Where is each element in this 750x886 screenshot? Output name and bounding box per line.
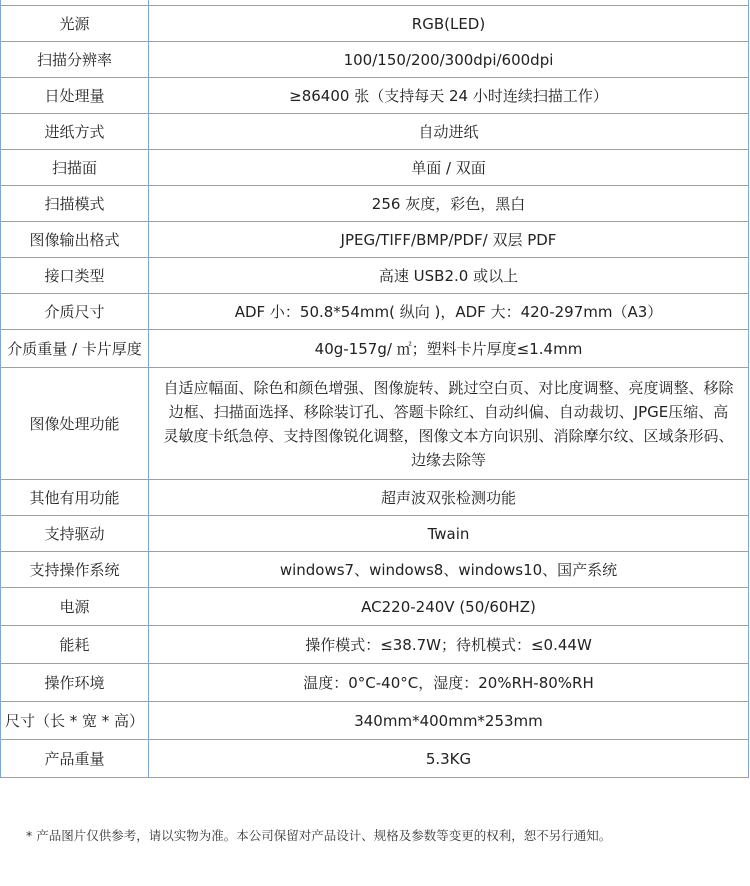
disclaimer-note: * 产品图片仅供参考，请以实物为准。本公司保留对产品设计、规格及参数等变更的权利…: [26, 826, 611, 844]
row-value: windows7、windows8、windows10、国产系统: [149, 552, 749, 588]
row-label: 产品重量: [1, 740, 149, 778]
row-value: 340mm*400mm*253mm: [149, 702, 749, 740]
row-value: 5.3KG: [149, 740, 749, 778]
row-label: 扫描面: [1, 150, 149, 186]
row-value: ≥86400 张（支持每天 24 小时连续扫描工作）: [149, 78, 749, 114]
row-label: 接口类型: [1, 258, 149, 294]
table-row-power: 电源 AC220-240V (50/60HZ): [1, 588, 749, 626]
table-row-os: 支持操作系统 windows7、windows8、windows10、国产系统: [1, 552, 749, 588]
table-row-image-processing: 图像处理功能 自适应幅面、除色和颜色增强、图像旋转、跳过空白页、对比度调整、亮度…: [1, 368, 749, 480]
table-row-scan-side: 扫描面 单面 / 双面: [1, 150, 749, 186]
row-label: 扫描模式: [1, 186, 149, 222]
row-label: 光源: [1, 6, 149, 42]
row-value: RGB(LED): [149, 6, 749, 42]
row-label: 介质尺寸: [1, 294, 149, 330]
row-value: AC220-240V (50/60HZ): [149, 588, 749, 626]
table-row-other-features: 其他有用功能 超声波双张检测功能: [1, 480, 749, 516]
table-row-output-format: 图像输出格式 JPEG/TIFF/BMP/PDF/ 双层 PDF: [1, 222, 749, 258]
row-value: 高速 USB2.0 或以上: [149, 258, 749, 294]
table-row-driver: 支持驱动 Twain: [1, 516, 749, 552]
table-row-media-size: 介质尺寸 ADF 小：50.8*54mm( 纵向 )，ADF 大：420-297…: [1, 294, 749, 330]
row-label: 能耗: [1, 626, 149, 664]
row-value: 单面 / 双面: [149, 150, 749, 186]
row-label: 介质重量 / 卡片厚度: [1, 330, 149, 368]
row-value: ADF 小：50.8*54mm( 纵向 )，ADF 大：420-297mm（A3…: [149, 294, 749, 330]
row-label: 进纸方式: [1, 114, 149, 150]
row-label: 支持操作系统: [1, 552, 149, 588]
row-value: 温度：0°C-40°C，湿度：20%RH-80%RH: [149, 664, 749, 702]
table-row-resolution: 扫描分辨率 100/150/200/300dpi/600dpi: [1, 42, 749, 78]
row-value: 自适应幅面、除色和颜色增强、图像旋转、跳过空白页、对比度调整、亮度调整、移除边框…: [149, 368, 749, 480]
table-row-weight: 产品重量 5.3KG: [1, 740, 749, 778]
table-row-interface: 接口类型 高速 USB2.0 或以上: [1, 258, 749, 294]
row-label: 日处理量: [1, 78, 149, 114]
row-label: 操作环境: [1, 664, 149, 702]
row-value: 自动进纸: [149, 114, 749, 150]
row-label: 扫描分辨率: [1, 42, 149, 78]
row-value: Twain: [149, 516, 749, 552]
row-label: 电源: [1, 588, 149, 626]
table-row-environment: 操作环境 温度：0°C-40°C，湿度：20%RH-80%RH: [1, 664, 749, 702]
row-value: 操作模式：≤38.7W；待机模式：≤0.44W: [149, 626, 749, 664]
row-value: 100/150/200/300dpi/600dpi: [149, 42, 749, 78]
table-row-feed-method: 进纸方式 自动进纸: [1, 114, 749, 150]
row-label: 图像输出格式: [1, 222, 149, 258]
row-label: 尺寸（长 * 宽 * 高）: [1, 702, 149, 740]
row-value: 256 灰度，彩色，黑白: [149, 186, 749, 222]
row-value: JPEG/TIFF/BMP/PDF/ 双层 PDF: [149, 222, 749, 258]
table-row-scan-mode: 扫描模式 256 灰度，彩色，黑白: [1, 186, 749, 222]
row-label: 支持驱动: [1, 516, 149, 552]
row-value: 超声波双张检测功能: [149, 480, 749, 516]
table-row-daily-volume: 日处理量 ≥86400 张（支持每天 24 小时连续扫描工作）: [1, 78, 749, 114]
row-label: 图像处理功能: [1, 368, 149, 480]
table-row-media-weight: 介质重量 / 卡片厚度 40g-157g/ ㎡；塑料卡片厚度≤1.4mm: [1, 330, 749, 368]
table-row-dimensions: 尺寸（长 * 宽 * 高） 340mm*400mm*253mm: [1, 702, 749, 740]
spec-table: 光源 RGB(LED) 扫描分辨率 100/150/200/300dpi/600…: [0, 0, 749, 778]
table-row-light-source: 光源 RGB(LED): [1, 6, 749, 42]
row-value: 40g-157g/ ㎡；塑料卡片厚度≤1.4mm: [149, 330, 749, 368]
row-label: 其他有用功能: [1, 480, 149, 516]
table-row-power-consumption: 能耗 操作模式：≤38.7W；待机模式：≤0.44W: [1, 626, 749, 664]
